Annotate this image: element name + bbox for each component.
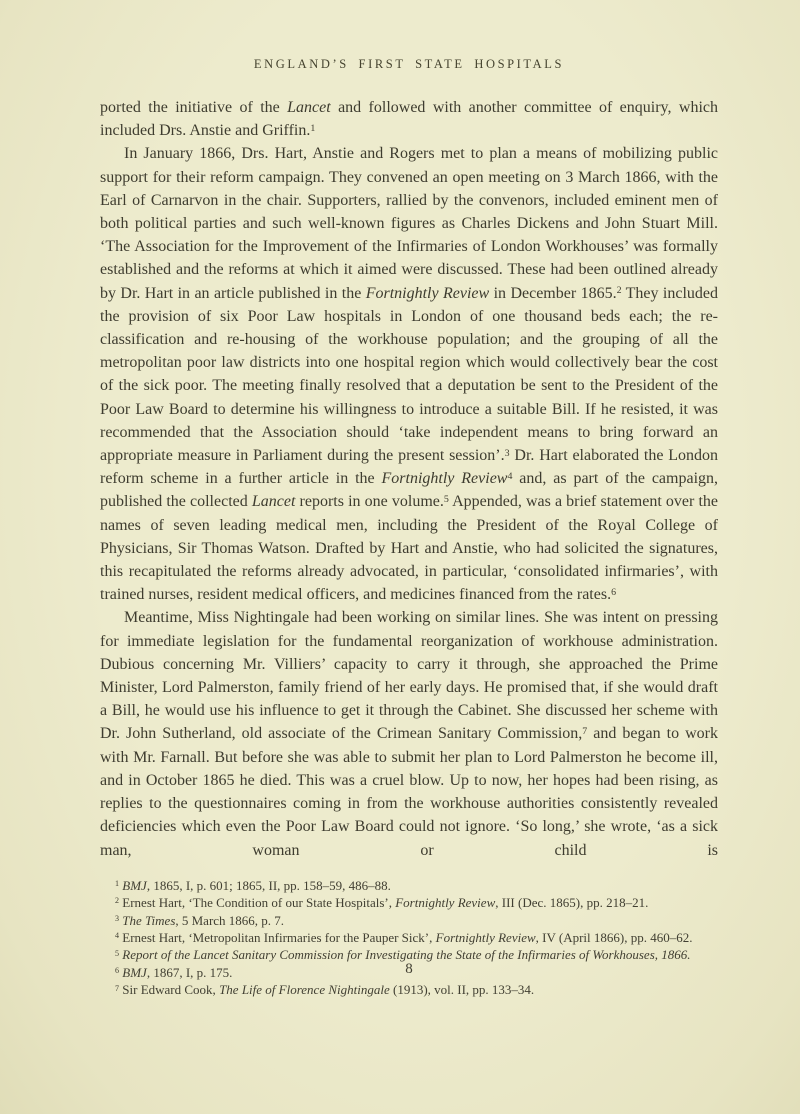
footnote-4: 4 Ernest Hart, ‘Metropolitan Infirmaries… <box>100 929 718 946</box>
footnotes-section: 1 BMJ, 1865, I, p. 601; 1865, II, pp. 15… <box>100 877 718 999</box>
text-block: ported the initiative of the Lancet and … <box>100 96 718 999</box>
body-paragraph-nightingale: Meantime, Miss Nightingale had been work… <box>100 606 718 861</box>
page-number: 8 <box>100 961 718 978</box>
body-paragraph-campaign: In January 1866, Drs. Hart, Anstie and R… <box>100 142 718 606</box>
footnote-1: 1 BMJ, 1865, I, p. 601; 1865, II, pp. 15… <box>100 877 718 894</box>
footnote-3: 3 The Times, 5 March 1866, p. 7. <box>100 912 718 929</box>
footnote-7: 7 Sir Edward Cook, The Life of Florence … <box>100 981 718 998</box>
running-header: ENGLAND’S FIRST STATE HOSPITALS <box>100 57 718 72</box>
body-paragraph-continuation: ported the initiative of the Lancet and … <box>100 96 718 142</box>
footnote-2: 2 Ernest Hart, ‘The Condition of our Sta… <box>100 894 718 911</box>
book-page: ENGLAND’S FIRST STATE HOSPITALS ported t… <box>0 0 800 1114</box>
